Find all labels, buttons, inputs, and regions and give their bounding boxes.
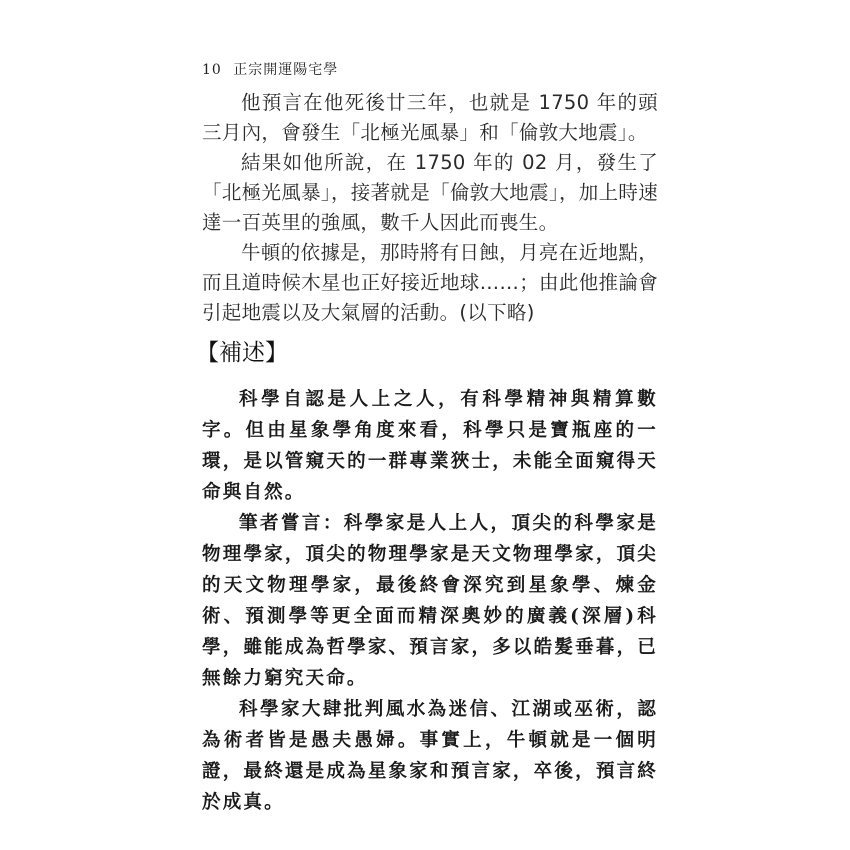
- running-head: 10 正宗開運陽宅學: [202, 60, 658, 80]
- section-heading: 【補述】: [196, 336, 658, 370]
- paragraph-author-statement: 筆者嘗言：科學家是人上人，頂尖的科學家是物理學家，頂尖的物理學家是天文物理學家，…: [202, 508, 658, 694]
- book-page: 10 正宗開運陽宅學 他預言在他死後廿三年，也就是 1750 年的頭三月內，會發…: [202, 60, 658, 818]
- paragraph-prediction: 他預言在他死後廿三年，也就是 1750 年的頭三月內，會發生「北極光風暴」和「倫…: [202, 88, 658, 148]
- paragraph-science-view: 科學自認是人上之人，有科學精神與精算數字。但由星象學角度來看，科學只是寶瓶座的一…: [202, 384, 658, 508]
- book-title: 正宗開運陽宅學: [233, 62, 338, 78]
- paragraph-basis: 牛頓的依據是，那時將有日蝕，月亮在近地點，而且道時候木星也正好接近地球……；由此…: [202, 238, 658, 328]
- page-number: 10: [202, 62, 222, 78]
- paragraph-newton-proof: 科學家大肆批判風水為迷信、江湖或巫術，認為術者皆是愚夫愚婦。事實上，牛頓就是一個…: [202, 694, 658, 818]
- paragraph-outcome: 結果如他所說，在 1750 年的 02 月，發生了「北極光風暴」，接著就是「倫敦…: [202, 148, 658, 238]
